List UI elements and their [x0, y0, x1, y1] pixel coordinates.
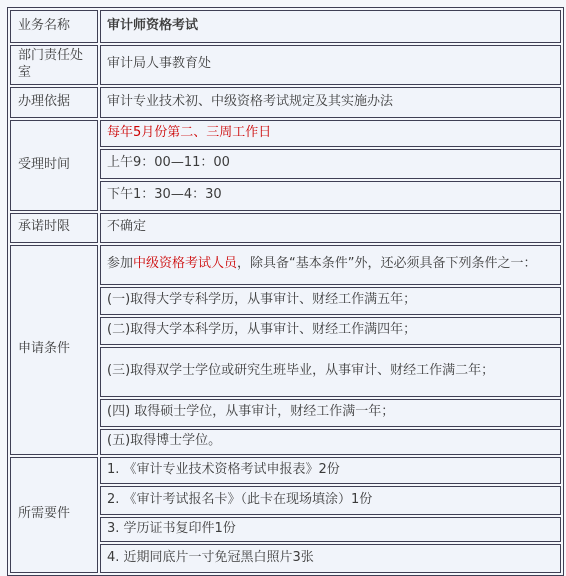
value-accept-schedule: 每年5月份第二、三周工作日	[100, 120, 561, 147]
value-condition-5: (五)取得博士学位。	[100, 429, 561, 455]
value-department: 审计局人事教育处	[100, 45, 561, 85]
table-row: 业务名称 审计师资格考试	[10, 10, 561, 43]
label-department: 部门责任处室	[10, 45, 98, 85]
conditions-intro-highlight: 中级资格考试人员	[133, 256, 237, 271]
value-basis: 审计专业技术初、中级资格考试规定及其实施办法	[100, 87, 561, 118]
table-row: 申请条件 参加中级资格考试人员，除具备“基本条件”外，还必须具备下列条件之一：	[10, 245, 561, 285]
value-conditions-intro: 参加中级资格考试人员，除具备“基本条件”外，还必须具备下列条件之一：	[100, 245, 561, 285]
table-row: 承诺时限 不确定	[10, 213, 561, 243]
label-promise-limit: 承诺时限	[10, 213, 98, 243]
value-document-4: 4. 近期同底片一寸免冠黑白照片3张	[100, 544, 561, 573]
value-business-name: 审计师资格考试	[100, 10, 561, 43]
label-business-name: 业务名称	[10, 10, 98, 43]
label-basis: 办理依据	[10, 87, 98, 118]
table-row: 受理时间 每年5月份第二、三周工作日	[10, 120, 561, 147]
table-row: 所需要件 1. 《审计专业技术资格考试申报表》2份	[10, 457, 561, 484]
table-row: 部门责任处室 审计局人事教育处	[10, 45, 561, 85]
label-apply-conditions: 申请条件	[10, 245, 98, 455]
value-condition-1: (一)取得大学专科学历，从事审计、财经工作满五年；	[100, 287, 561, 315]
value-condition-4: (四) 取得硕士学位，从事审计，财经工作满一年；	[100, 399, 561, 427]
conditions-intro-suffix: ，除具备“基本条件”外，还必须具备下列条件之一：	[237, 256, 536, 271]
label-required-documents: 所需要件	[10, 457, 98, 573]
value-document-3: 3. 学历证书复印件1份	[100, 517, 561, 542]
value-promise-limit: 不确定	[100, 213, 561, 243]
value-document-1: 1. 《审计专业技术资格考试申报表》2份	[100, 457, 561, 484]
label-accept-time: 受理时间	[10, 120, 98, 211]
value-condition-3: (三)取得双学士学位或研究生班毕业，从事审计、财经工作满二年；	[100, 347, 561, 397]
conditions-intro-prefix: 参加	[107, 256, 133, 271]
value-document-2: 2. 《审计考试报名卡》（此卡在现场填涂）1份	[100, 486, 561, 515]
table-row: 办理依据 审计专业技术初、中级资格考试规定及其实施办法	[10, 87, 561, 118]
service-info-table: 业务名称 审计师资格考试 部门责任处室 审计局人事教育处 办理依据 审计专业技术…	[7, 7, 564, 576]
value-condition-2: (二)取得大学本科学历，从事审计、财经工作满四年；	[100, 317, 561, 345]
value-accept-morning: 上午9：00—11：00	[100, 149, 561, 179]
value-accept-afternoon: 下午1：30—4：30	[100, 181, 561, 211]
